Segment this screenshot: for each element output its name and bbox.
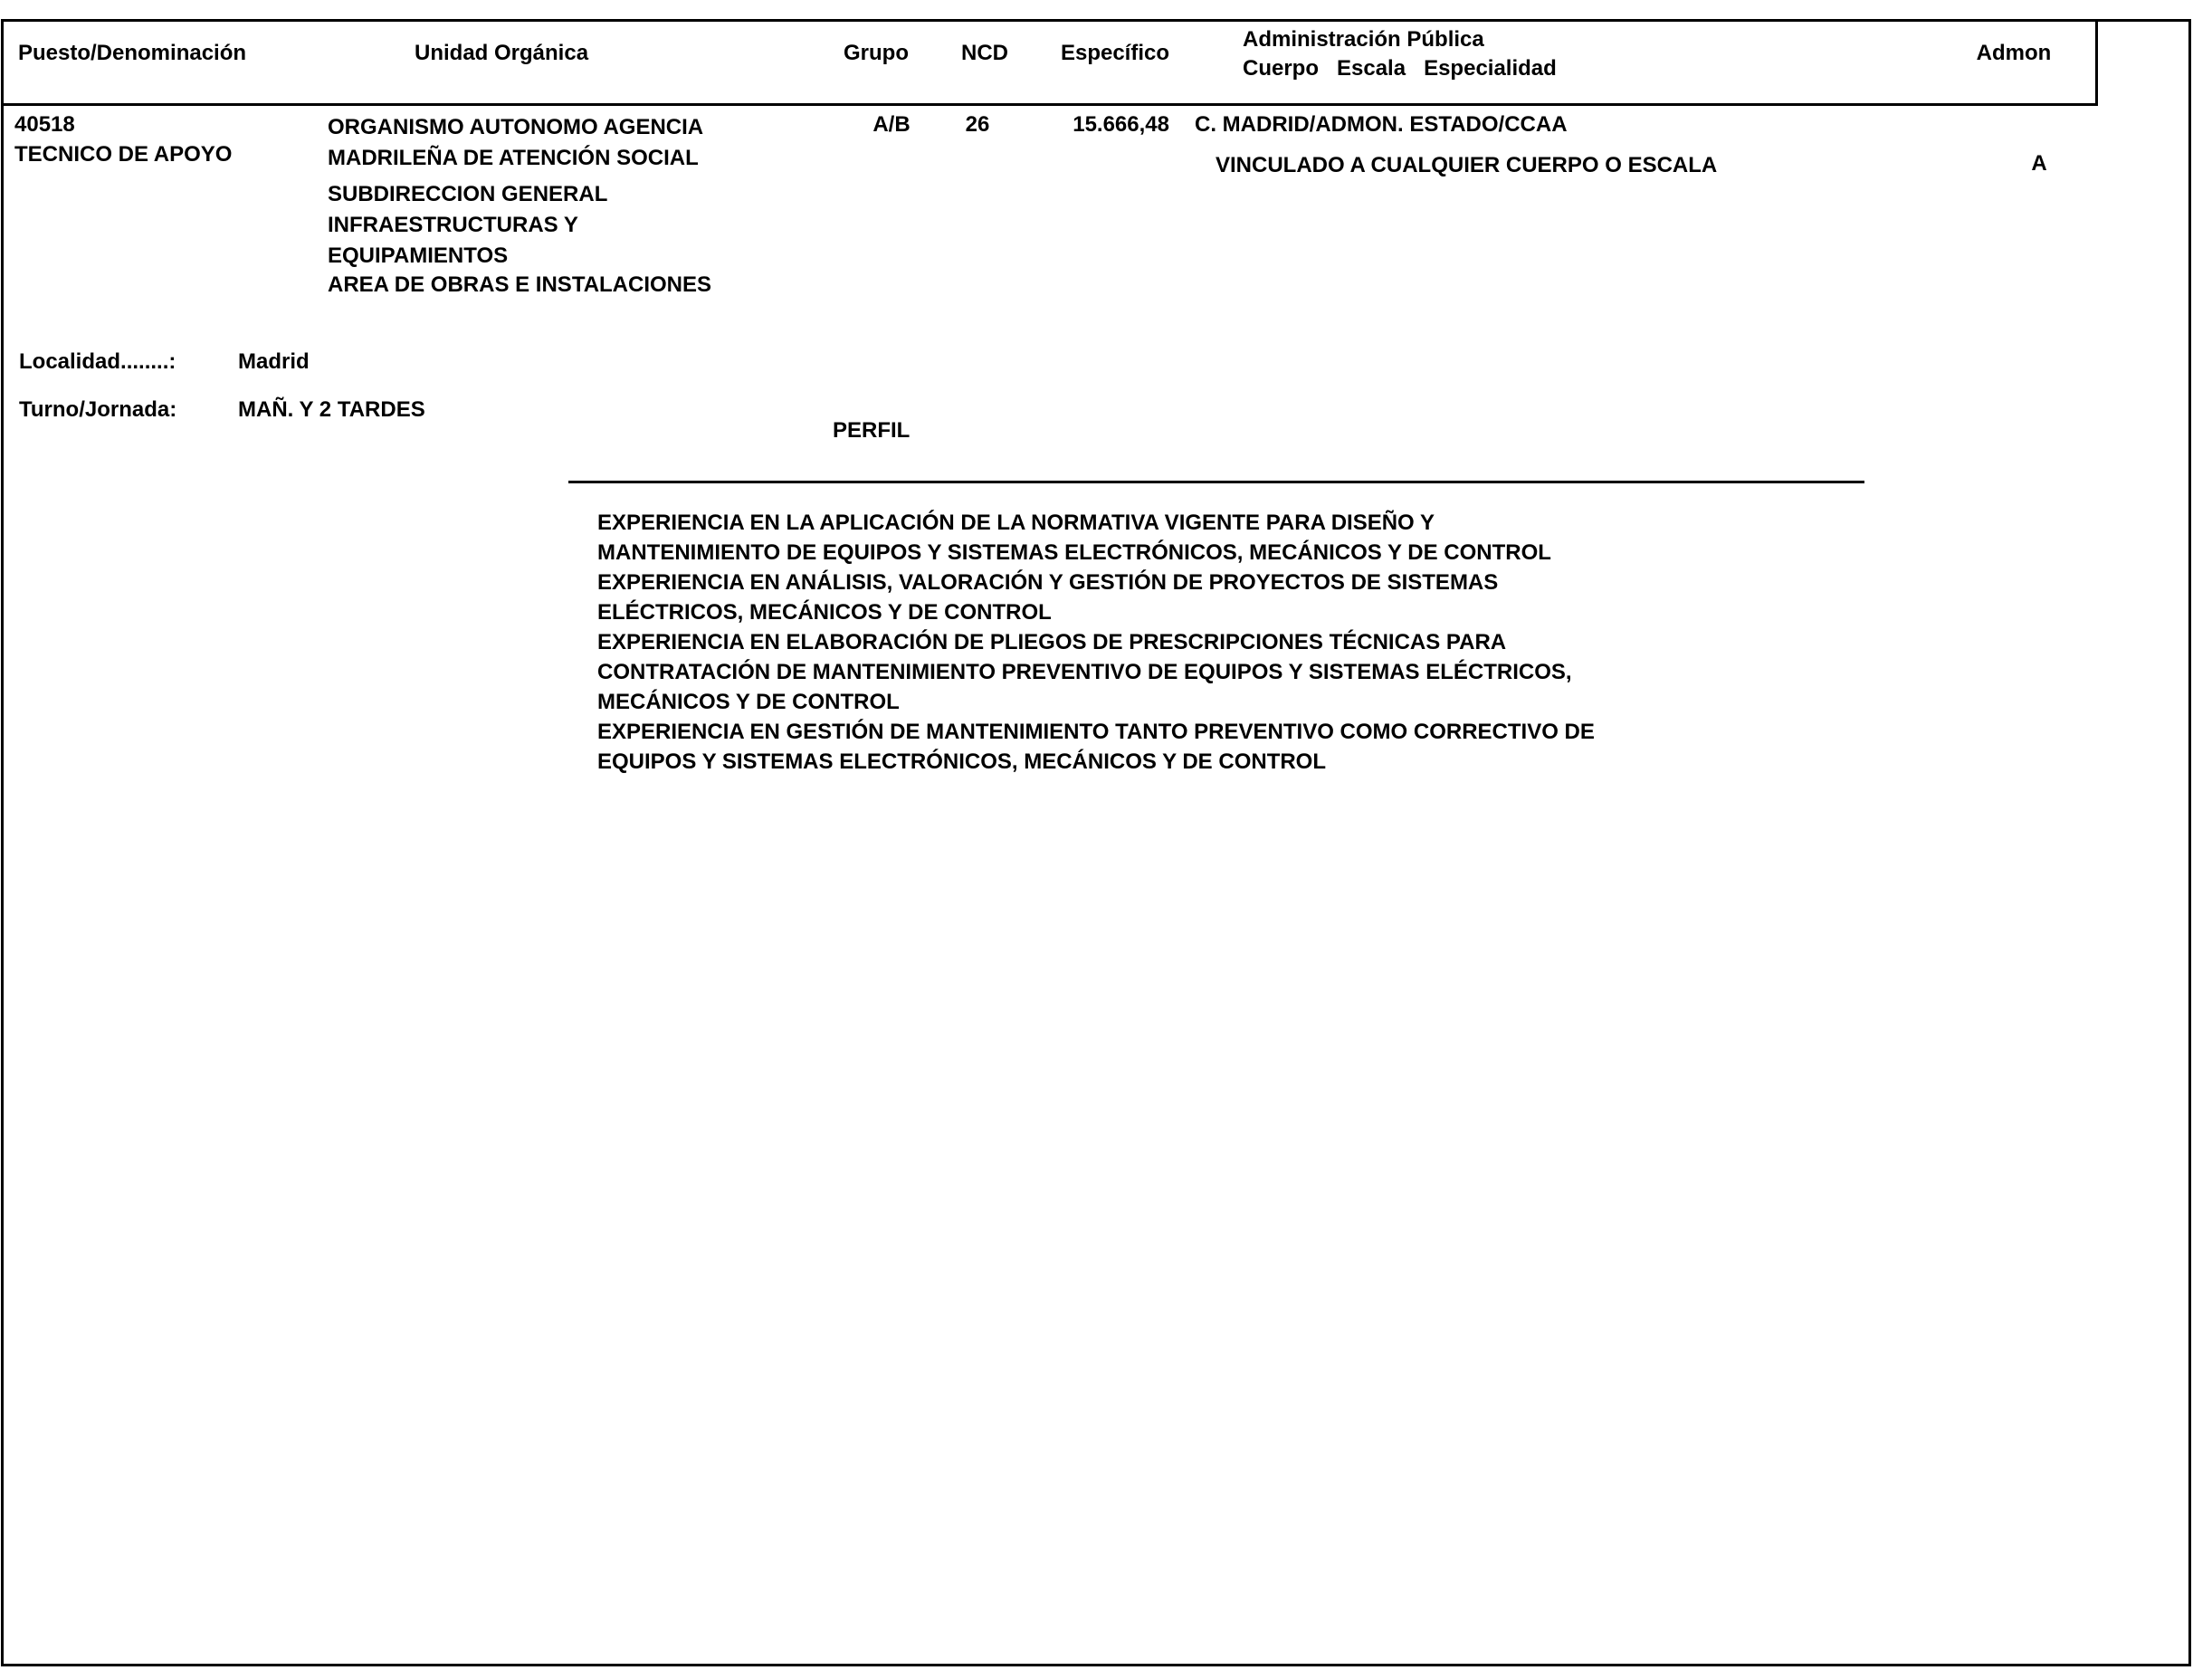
- unidad-organica-subdireccion: SUBDIRECCION GENERAL INFRAESTRUCTURAS Y …: [328, 179, 607, 272]
- document-page: Puesto/Denominación Unidad Orgánica Grup…: [0, 0, 2212, 1680]
- unidad-organica-organismo: ORGANISMO AUTONOMO AGENCIA MADRILEÑA DE …: [328, 112, 703, 174]
- perfil-text: EXPERIENCIA EN LA APLICACIÓN DE LA NORMA…: [597, 508, 1595, 777]
- turno-jornada-label: Turno/Jornada:: [19, 397, 176, 423]
- column-header-ncd: NCD: [930, 41, 1039, 66]
- administracion-value: C. MADRID/ADMON. ESTADO/CCAA: [1195, 112, 1568, 138]
- unidad-organica-area: AREA DE OBRAS E INSTALACIONES: [328, 270, 711, 301]
- table-header: Puesto/Denominación Unidad Orgánica Grup…: [1, 19, 2098, 106]
- ncd-value: 26: [923, 112, 1032, 138]
- perfil-title: PERFIL: [833, 418, 910, 444]
- puesto-codigo: 40518: [14, 112, 75, 138]
- column-header-cuerpo-escala-especialidad: Cuerpo Escala Especialidad: [1243, 54, 1557, 83]
- vinculacion-value: VINCULADO A CUALQUIER CUERPO O ESCALA: [1216, 153, 1717, 178]
- turno-jornada-value: MAÑ. Y 2 TARDES: [238, 397, 425, 423]
- column-header-admon: Admon: [1959, 41, 2068, 66]
- perfil-divider: [568, 481, 1864, 483]
- especifico-value: 15.666,48: [1034, 112, 1169, 138]
- column-header-especifico: Específico: [1043, 41, 1187, 66]
- column-header-unidad-organica: Unidad Orgánica: [415, 41, 588, 66]
- puesto-denominacion: TECNICO DE APOYO: [14, 142, 232, 167]
- column-header-puesto-denominacion: Puesto/Denominación: [18, 41, 246, 66]
- localidad-label: Localidad........:: [19, 349, 176, 375]
- column-header-grupo: Grupo: [822, 41, 930, 66]
- localidad-value: Madrid: [238, 349, 310, 375]
- admon-value: A: [1985, 151, 2093, 177]
- column-header-administracion-publica: Administración Pública: [1243, 25, 1484, 54]
